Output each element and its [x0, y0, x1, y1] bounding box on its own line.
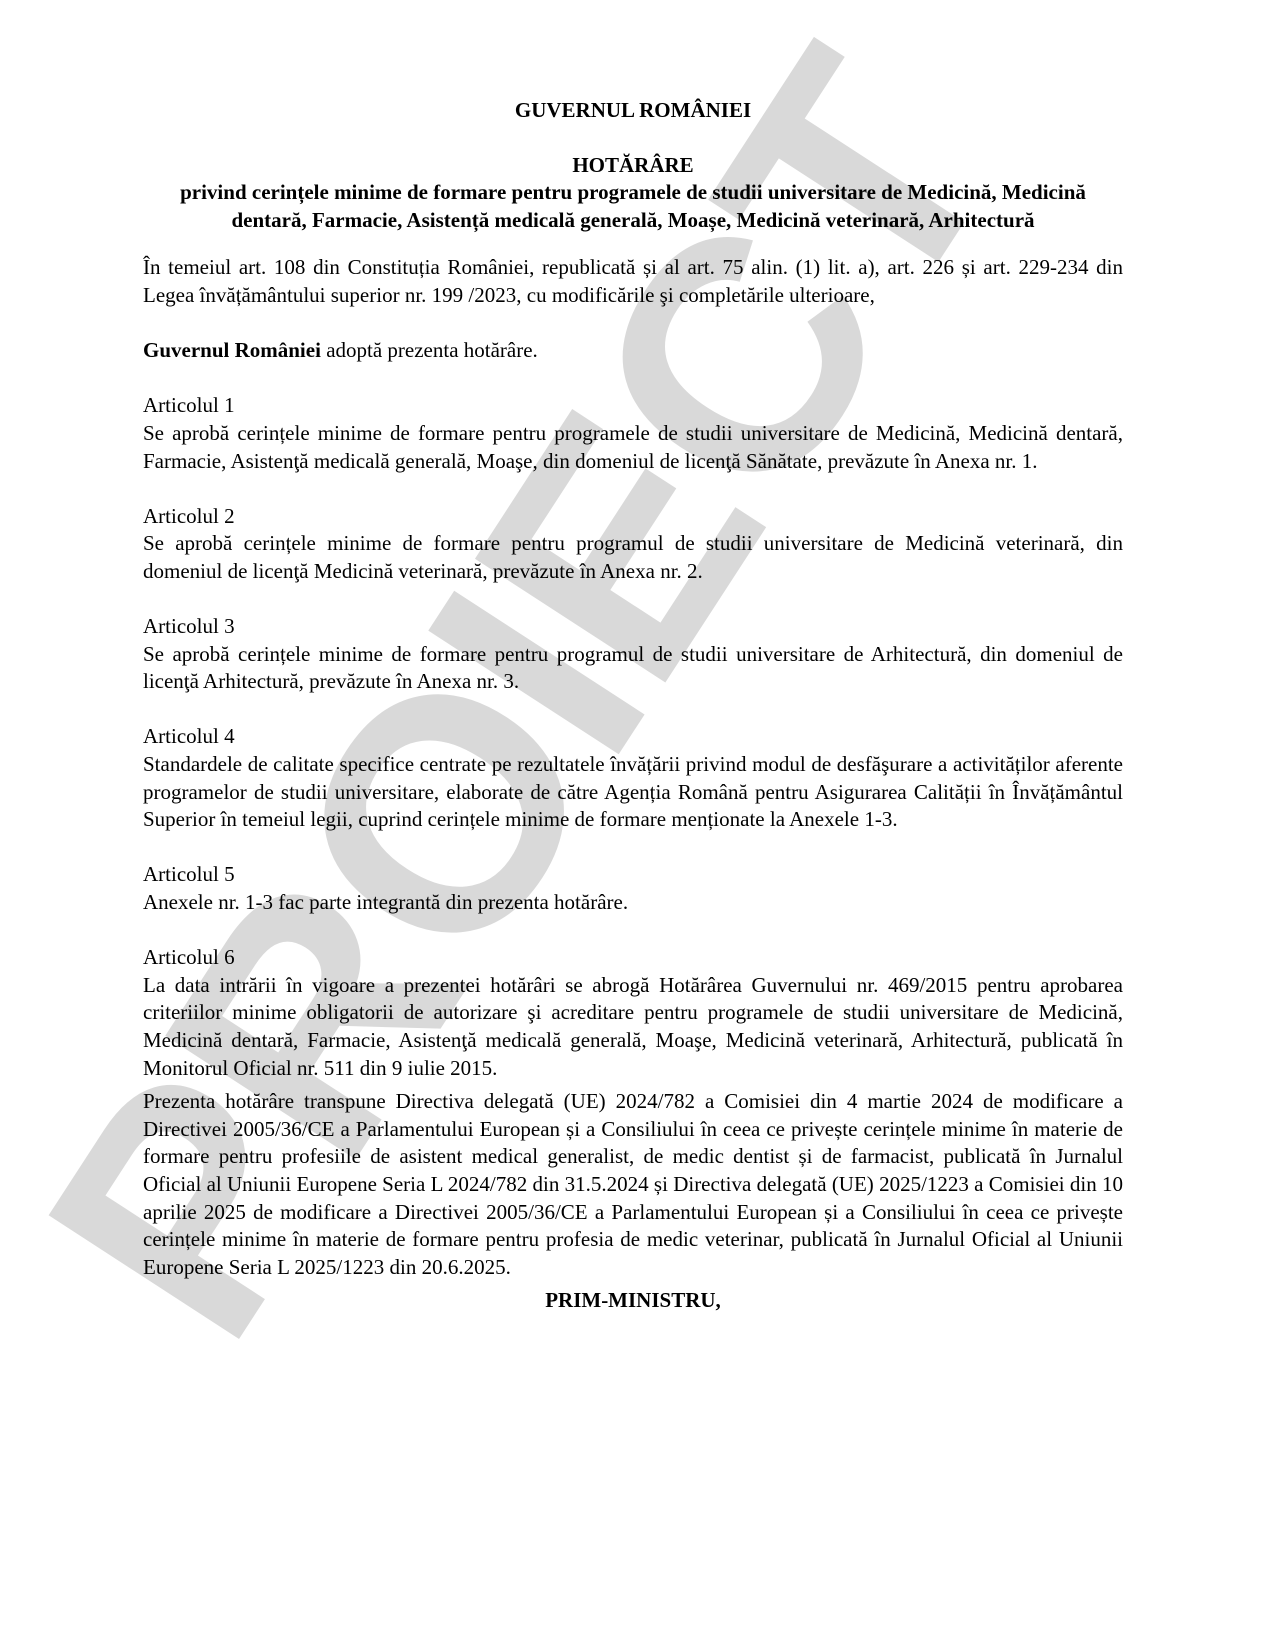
article: Articolul 3 Se aprobă cerințele minime d… [143, 613, 1123, 696]
article-title: Articolul 4 [143, 723, 1123, 751]
article-title: Articolul 1 [143, 392, 1123, 420]
article: Articolul 2 Se aprobă cerințele minime d… [143, 503, 1123, 586]
preamble: În temeiul art. 108 din Constituția Româ… [143, 254, 1123, 309]
article-title: Articolul 5 [143, 861, 1123, 889]
issuer-title: GUVERNUL ROMÂNIEI [143, 97, 1123, 125]
article-title: Articolul 6 [143, 944, 1123, 972]
document-page: GUVERNUL ROMÂNIEI HOTĂRÂRE privind cerin… [143, 97, 1123, 1315]
article-body: Standardele de calitate specifice centra… [143, 751, 1123, 834]
articles-list: Articolul 1 Se aprobă cerințele minime d… [143, 392, 1123, 1082]
signature-title: PRIM-MINISTRU, [143, 1287, 1123, 1315]
article: Articolul 1 Se aprobă cerințele minime d… [143, 392, 1123, 475]
adoption-text: adoptă prezenta hotărâre. [321, 338, 538, 362]
article: Articolul 4 Standardele de calitate spec… [143, 723, 1123, 833]
article-title: Articolul 2 [143, 503, 1123, 531]
document-type: HOTĂRÂRE [143, 152, 1123, 180]
adoption-statement: Guvernul României adoptă prezenta hotărâ… [143, 337, 1123, 365]
article-body: Anexele nr. 1-3 fac parte integrantă din… [143, 889, 1123, 917]
adoption-subject: Guvernul României [143, 338, 321, 362]
article-body: La data intrării în vigoare a prezentei … [143, 972, 1123, 1082]
article-body: Se aprobă cerințele minime de formare pe… [143, 530, 1123, 585]
document-subtitle: privind cerințele minime de formare pent… [143, 179, 1123, 234]
article: Articolul 5 Anexele nr. 1-3 fac parte in… [143, 861, 1123, 916]
article-body: Se aprobă cerințele minime de formare pe… [143, 641, 1123, 696]
article-body: Se aprobă cerințele minime de formare pe… [143, 420, 1123, 475]
article: Articolul 6 La data intrării în vigoare … [143, 944, 1123, 1082]
article-title: Articolul 3 [143, 613, 1123, 641]
document-header: GUVERNUL ROMÂNIEI HOTĂRÂRE privind cerin… [143, 97, 1123, 234]
transposition-clause: Prezenta hotărâre transpune Directiva de… [143, 1088, 1123, 1281]
